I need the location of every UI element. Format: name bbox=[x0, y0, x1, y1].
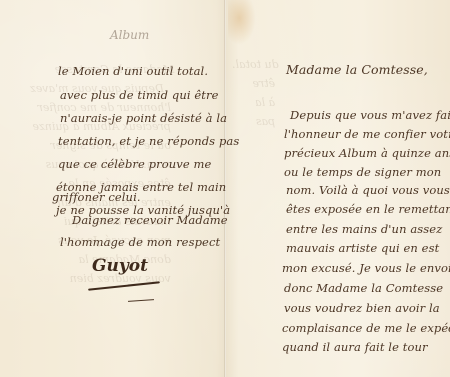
letter-line: précieux Album à quinze ans bbox=[284, 146, 450, 160]
bleed-through-text: du total. être à la pas bbox=[232, 55, 279, 131]
letter-line: que ce célèbre prouve me bbox=[58, 157, 211, 171]
signature: Guyot bbox=[92, 256, 148, 276]
letter-line: le Moien d'uni outil total. bbox=[58, 64, 208, 78]
letter-line: êtes exposée en le remettant bbox=[286, 202, 450, 216]
right-page: du total. être à la pas Madame la Comtes… bbox=[226, 0, 450, 377]
letter-line: ou le temps de signer mon bbox=[284, 165, 441, 179]
letter-line: mon excusé. Je vous le envoie bbox=[282, 261, 450, 275]
letter-line: complaisance de me le expédier bbox=[282, 321, 450, 335]
letter-spread: Madame la Comtesse Depuis que vous m'ave… bbox=[0, 0, 450, 377]
letter-line: nom. Voilà à quoi vous vous bbox=[286, 183, 450, 197]
letter-line: vous voudrez bien avoir la bbox=[284, 301, 440, 315]
closing-line: Daignez recevoir Madame bbox=[72, 213, 228, 227]
letter-line: entre les mains d'un assez bbox=[286, 222, 442, 236]
closing-line: l'hommage de mon respect bbox=[60, 235, 220, 249]
left-page-heading: Album bbox=[110, 28, 149, 42]
letter-line: tentation, et je ne réponds pas bbox=[58, 134, 239, 148]
left-page: Madame la Comtesse Depuis que vous m'ave… bbox=[0, 0, 224, 377]
letter-line: Depuis que vous m'avez fait bbox=[290, 108, 450, 122]
letter-line: griffoner celui. bbox=[52, 190, 141, 204]
letter-line: l'honneur de me confier votre bbox=[284, 127, 450, 141]
letter-line: avec plus de timid qui être bbox=[60, 88, 219, 102]
letter-line: quand il aura fait le tour bbox=[282, 340, 428, 354]
letter-line: donc Madame la Comtesse bbox=[284, 281, 443, 295]
letter-line: n'aurais-je point désisté à la bbox=[60, 111, 227, 125]
salutation: Madame la Comtesse, bbox=[286, 62, 428, 77]
letter-line: mauvais artiste qui en est bbox=[286, 241, 439, 255]
signature-underline bbox=[128, 299, 154, 302]
